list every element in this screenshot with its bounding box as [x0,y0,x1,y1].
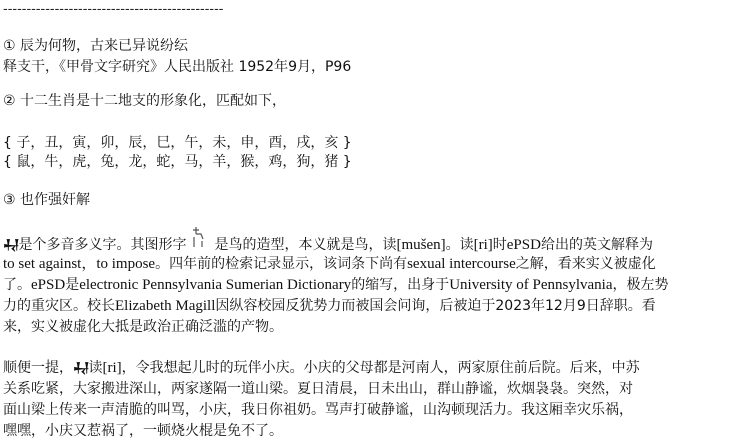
paragraph-2-row: 顺便一提，𒄷读[ri]，令我想起儿时的玩伴小庆。小庆的父母都是河南人，两家原住前… [3,358,733,379]
text: 之解，看来实义被虚化 [516,256,656,272]
text: 读 [88,360,102,376]
text: 来，实义被虚化大抵是政治正确泛滥的产物。 [3,319,283,335]
text: 因纵容校园反犹势力而被国会问询，后被迫于2023年12月9日辞职。看 [215,298,655,314]
text: 的缩写，出身于 [351,277,449,293]
paragraph-1: 𒄷是个多音多义字。其图形字是鸟的造型，本义就是鸟，读[mušen]。读[ri]时… [3,233,733,338]
paragraph-1-row: 来，实义被虚化大抵是政治正确泛滥的产物。 [3,317,733,338]
note-1: ① 辰为何物，古来已异说纷纭 [3,36,188,56]
note-3-text: 也作强奸解 [20,192,90,208]
paragraph-2-row: 嘿嘿，小庆又惹祸了，一顿烧火棍是免不了。 [3,421,733,442]
note-2: ② 十二生肖是十二地支的形象化，匹配如下， [3,91,286,111]
note-3: ③ 也作强奸解 [3,190,90,210]
text: 。四年前的检索记录显示，该词条下尚有 [155,256,407,272]
separator-line: ----------------------------------------… [3,2,223,17]
paragraph-1-row: 力的重灾区。校长Elizabeth Magill因纵容校园反犹势力而被国会问询，… [3,296,733,317]
zodiac-animals-list: { 鼠，牛，虎，兔，龙，蛇，马，羊，猴，鸡，狗，猪 } [3,152,352,172]
text: [mušen] [396,237,445,253]
text: ePSD [507,237,541,253]
citation-text: 释支干，《甲骨文字研究》人民出版社 1952年9月，P96 [3,59,351,75]
text: 是个多音多义字。其图形字 [18,237,186,253]
note-3-label: ③ [3,192,16,208]
text: ，极左势 [613,277,669,293]
earthly-branches-list: { 子，丑，寅，卯，辰，巳，午，未，申，酉，戌，亥 } [3,133,352,153]
text: to set against，to impose [3,256,155,272]
paragraph-2-row: 关系吃紧，大家搬进深山，两家遂隔一道山梁。夏日清晨，日未出山，群山静谧，炊烟袅袅… [3,379,733,400]
paragraph-1-row: to set against，to impose。四年前的检索记录显示，该词条下… [3,254,733,275]
paragraph-2-row: 面山梁上传来一声清脆的叫骂，小庆，我日你祖奶。骂声打破静谧，山沟顿现活力。我这厢… [3,400,733,421]
cuneiform-sign: 𒄷 [73,361,88,376]
text: electronic Pennsylvania Sumerian Diction… [79,277,351,293]
note-1-label: ① [3,38,16,54]
note-1-text: 辰为何物，古来已异说纷纭 [20,38,188,54]
text: 是鸟的造型，本义就是鸟，读 [214,237,396,253]
note-1-citation: 释支干，《甲骨文字研究》人民出版社 1952年9月，P96 [3,57,351,77]
text: 了。 [3,277,31,293]
paragraph-1-row: 𒄷是个多音多义字。其图形字是鸟的造型，本义就是鸟，读[mušen]。读[ri]时… [3,233,733,254]
text: Elizabeth Magill [115,298,215,314]
text: 顺便一提， [3,360,73,376]
text: ePSD [31,277,65,293]
text: University of Pennsylvania [449,277,612,293]
text: ，令我想起儿时的玩伴小庆。小庆的父母都是河南人，两家原住前后院。后来，中苏 [122,360,640,376]
note-2-label: ② [3,93,16,109]
text: 给出的英文解释为 [541,237,653,253]
text: 。读 [446,237,474,253]
note-2-text: 十二生肖是十二地支的形象化，匹配如下， [20,93,286,109]
cuneiform-sign: 𒄷 [3,238,18,253]
text: 时 [493,237,507,253]
bird-pictograph-icon [190,233,210,253]
text: 力的重灾区。校长 [3,298,115,314]
text: [ri] [102,360,121,376]
text: 是 [65,277,79,293]
paragraph-1-row: 了。ePSD是electronic Pennsylvania Sumerian … [3,275,733,296]
paragraph-2: 顺便一提，𒄷读[ri]，令我想起儿时的玩伴小庆。小庆的父母都是河南人，两家原住前… [3,358,733,442]
text: sexual intercourse [407,256,516,272]
text: [ri] [474,237,493,253]
